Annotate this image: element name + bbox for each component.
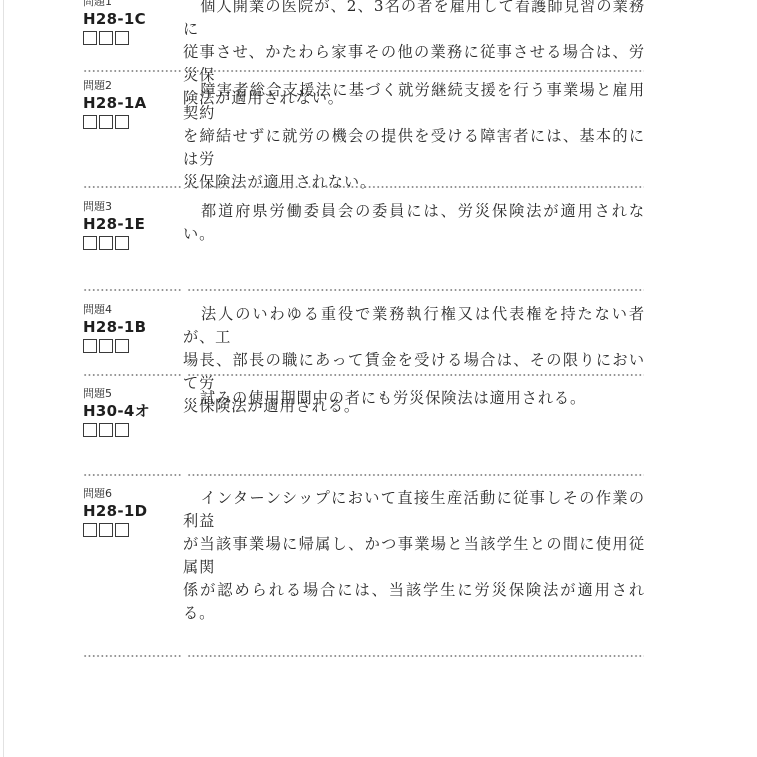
exam-code: H28-1C <box>83 9 183 29</box>
problem-number: 問題4 <box>83 303 183 317</box>
dotted-separator <box>83 655 644 657</box>
statement-line: 障害者総合支援法に基づく就労継続支援を行う事業場と雇用契約 <box>183 81 645 122</box>
review-checkboxes <box>83 523 183 537</box>
review-checkbox-3[interactable] <box>115 236 129 250</box>
review-checkbox-3[interactable] <box>115 423 129 437</box>
dotted-rule-left <box>83 655 182 657</box>
review-checkbox-1[interactable] <box>83 523 97 537</box>
problem-number: 問題1 <box>83 0 183 9</box>
dotted-rule-left <box>83 289 182 291</box>
dotted-separator <box>83 186 644 188</box>
statement-line: が当該事業場に帰属し、かつ事業場と当該学生との間に使用従属関 <box>183 533 645 579</box>
problem-statement: 都道府県労働委員会の委員には、労災保険法が適用されない。 <box>183 200 645 246</box>
review-checkbox-3[interactable] <box>115 523 129 537</box>
problem-number: 問題5 <box>83 387 183 401</box>
dotted-rule-left <box>83 474 182 476</box>
exam-code: H28-1A <box>83 93 183 113</box>
dotted-rule-right <box>187 374 644 376</box>
dotted-rule-right <box>187 186 644 188</box>
statement-line: 個人開業の医院が、2、3名の者を雇用して看護師見習の業務に <box>183 0 645 38</box>
dotted-rule-left <box>83 70 182 72</box>
statement-line: 災保険法が適用されない。 <box>183 171 645 194</box>
problem-number: 問題6 <box>83 487 183 501</box>
review-checkboxes <box>83 236 183 250</box>
review-checkbox-1[interactable] <box>83 236 97 250</box>
problem-statement: 試みの使用期間中の者にも労災保険法は適用される。 <box>183 387 645 410</box>
review-checkbox-3[interactable] <box>115 115 129 129</box>
review-checkbox-3[interactable] <box>115 31 129 45</box>
dotted-rule-left <box>83 374 182 376</box>
review-checkboxes <box>83 115 183 129</box>
statement-line: インターンシップにおいて直接生産活動に従事しその作業の利益 <box>183 489 645 530</box>
dotted-rule-right <box>187 655 644 657</box>
review-checkboxes <box>83 423 183 437</box>
exam-code: H28-1B <box>83 317 183 337</box>
problem-statement: インターンシップにおいて直接生産活動に従事しその作業の利益 が当該事業場に帰属し… <box>183 487 645 625</box>
problem-label: 問題4 H28-1B <box>83 303 183 353</box>
exam-code: H28-1E <box>83 214 183 234</box>
review-checkbox-1[interactable] <box>83 339 97 353</box>
review-checkbox-2[interactable] <box>99 31 113 45</box>
review-checkbox-1[interactable] <box>83 115 97 129</box>
review-checkbox-1[interactable] <box>83 423 97 437</box>
exam-code: H28-1D <box>83 501 183 521</box>
dotted-separator <box>83 70 644 72</box>
statement-line: 法人のいわゆる重役で業務執行権又は代表権を持たない者が、工 <box>183 305 645 346</box>
dotted-rule-right <box>187 474 644 476</box>
problem-label: 問題6 H28-1D <box>83 487 183 537</box>
problem-number: 問題2 <box>83 79 183 93</box>
dotted-rule-right <box>187 70 644 72</box>
review-checkbox-2[interactable] <box>99 339 113 353</box>
dotted-separator <box>83 289 644 291</box>
review-checkbox-3[interactable] <box>115 339 129 353</box>
dotted-separator <box>83 374 644 376</box>
review-checkboxes <box>83 339 183 353</box>
review-checkbox-2[interactable] <box>99 115 113 129</box>
problem-statement: 障害者総合支援法に基づく就労継続支援を行う事業場と雇用契約 を締結せずに就労の機… <box>183 79 645 194</box>
review-checkbox-2[interactable] <box>99 423 113 437</box>
review-checkbox-2[interactable] <box>99 236 113 250</box>
statement-line: 係が認められる場合には、当該学生に労災保険法が適用される。 <box>183 579 645 625</box>
problem-label: 問題3 H28-1E <box>83 200 183 250</box>
review-checkbox-2[interactable] <box>99 523 113 537</box>
problem-label: 問題5 H30-4オ <box>83 387 183 437</box>
dotted-separator <box>83 474 644 476</box>
review-checkbox-1[interactable] <box>83 31 97 45</box>
exam-code: H30-4オ <box>83 401 183 421</box>
dotted-rule-right <box>187 289 644 291</box>
dotted-rule-left <box>83 186 182 188</box>
statement-line: 試みの使用期間中の者にも労災保険法は適用される。 <box>200 389 586 407</box>
review-checkboxes <box>83 31 183 45</box>
problem-label: 問題2 H28-1A <box>83 79 183 129</box>
page-edge-line <box>3 0 4 757</box>
problem-number: 問題3 <box>83 200 183 214</box>
statement-line: を締結せずに就労の機会の提供を受ける障害者には、基本的には労 <box>183 125 645 171</box>
statement-line: 都道府県労働委員会の委員には、労災保険法が適用されない。 <box>183 202 645 243</box>
problem-label: 問題1 H28-1C <box>83 0 183 45</box>
